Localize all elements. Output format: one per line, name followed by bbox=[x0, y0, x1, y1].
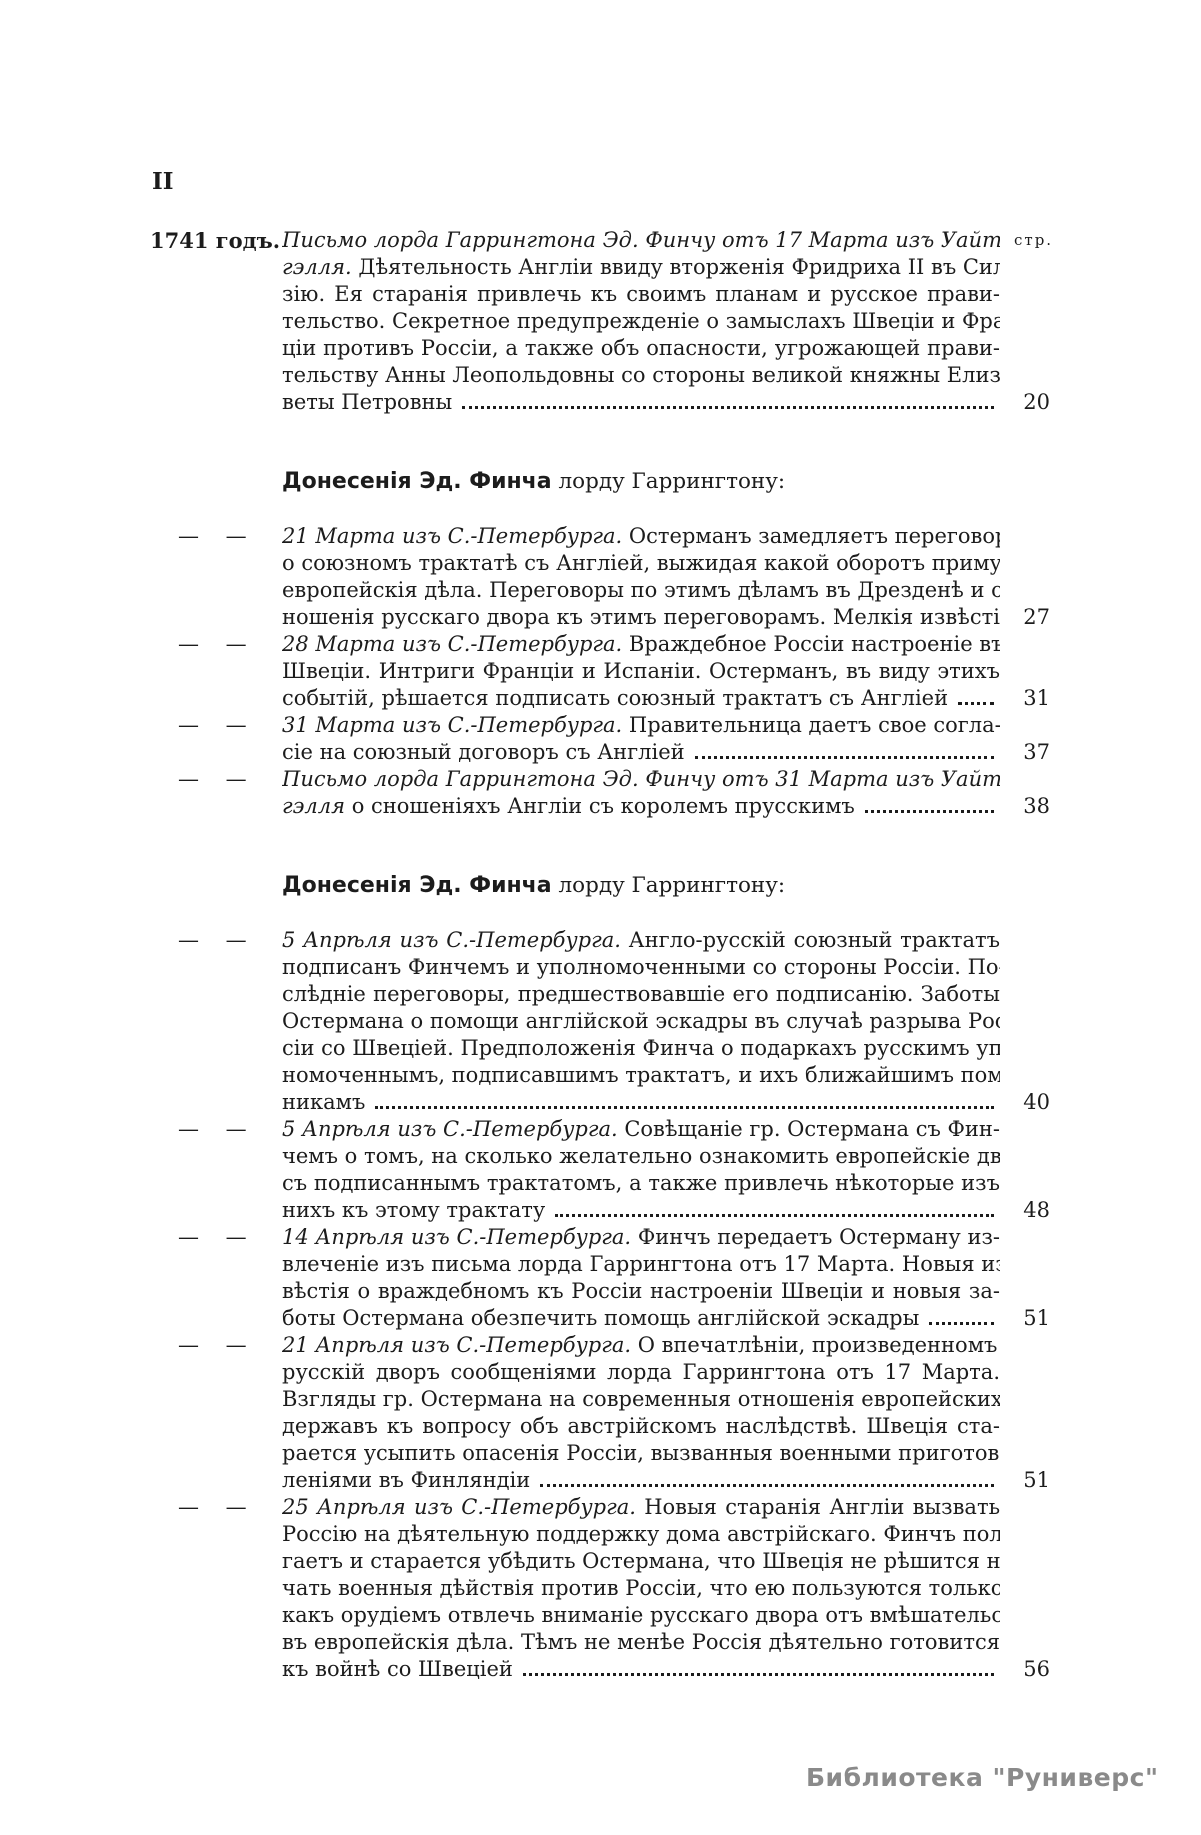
entry-line: о союзномъ трактатѣ съ Англіей, выжидая … bbox=[282, 550, 1000, 577]
entry-description: Дѣятельность Англіи ввиду вторженія Фрид… bbox=[352, 255, 1000, 279]
entry-ditto-marker: — — bbox=[178, 1116, 248, 1143]
library-watermark: Библиотека "Руниверс" bbox=[806, 1763, 1158, 1792]
entry-line: боты Остермана обезпечить помощь англійс… bbox=[282, 1305, 1000, 1332]
entry-text: Письмо лорда Гаррингтона Эд. Финчу отъ 1… bbox=[282, 227, 1000, 416]
entry-date-italic: 5 Апрѣля изъ С.-Петербурга. bbox=[282, 928, 621, 952]
entry-description: боты Остермана обезпечить помощь англійс… bbox=[282, 1305, 919, 1332]
entry-line: никамъ bbox=[282, 1089, 1000, 1116]
entry-description: Остерманъ замедляетъ переговоры bbox=[622, 524, 1000, 548]
entry-text: 31 Марта изъ С.-Петербурга. Правительниц… bbox=[282, 712, 1000, 766]
toc-entry: — —21 Апрѣля изъ С.-Петербурга. О впечат… bbox=[150, 1332, 1050, 1494]
dot-leader bbox=[523, 1673, 994, 1676]
entry-date-italic: 21 Марта изъ С.-Петербурга. bbox=[282, 524, 622, 548]
entry-description: о сношеніяхъ Англіи съ королемъ прусским… bbox=[345, 793, 855, 820]
entry-date-italic: 28 Марта изъ С.-Петербурга. bbox=[282, 632, 622, 656]
entry-date-italic: 5 Апрѣля изъ С.-Петербурга. bbox=[282, 1117, 618, 1141]
toc-entry: — —21 Марта изъ С.-Петербурга. Остерманъ… bbox=[150, 523, 1050, 631]
entry-description: зію. Ея старанія привлечь къ своимъ план… bbox=[282, 282, 1000, 306]
entry-date-italic: гэлля bbox=[282, 793, 345, 820]
entry-line: подписанъ Финчемъ и уполномоченными со с… bbox=[282, 954, 1000, 981]
entry-ditto-marker: — — bbox=[178, 712, 248, 739]
entry-line: сіи со Швеціей. Предположенія Финча о по… bbox=[282, 1035, 1000, 1062]
entry-description: Финчъ передаетъ Остерману из- bbox=[631, 1225, 1000, 1249]
entry-line: веты Петровны bbox=[282, 389, 1000, 416]
entry-description: къ войнѣ со Швеціей bbox=[282, 1656, 513, 1683]
entry-line: гэлля. Дѣятельность Англіи ввиду вторжен… bbox=[282, 254, 1000, 281]
dot-leader bbox=[540, 1484, 994, 1487]
entry-description: русскій дворъ сообщеніями лорда Гаррингт… bbox=[282, 1360, 1000, 1384]
dot-leader bbox=[695, 756, 994, 759]
entry-description: чать военныя дѣйствія против Россіи, что… bbox=[282, 1576, 1000, 1600]
entry-description: подписанъ Финчемъ и уполномоченными со с… bbox=[282, 955, 1000, 979]
entry-line: зію. Ея старанія привлечь къ своимъ план… bbox=[282, 281, 1000, 308]
entry-ditto-marker: — — bbox=[178, 1224, 248, 1251]
entry-description: съ подписаннымъ трактатомъ, а также прив… bbox=[282, 1171, 1000, 1195]
entry-text: 28 Марта изъ С.-Петербурга. Враждебное Р… bbox=[282, 631, 1000, 712]
entry-description: Англо-русскій союзный трактатъ bbox=[621, 928, 1000, 952]
page-number: 40 bbox=[1000, 1089, 1050, 1116]
entry-text: 5 Апрѣля изъ С.-Петербурга. Англо-русскі… bbox=[282, 927, 1000, 1116]
entry-line: гэлля о сношеніяхъ Англіи съ королемъ пр… bbox=[282, 793, 1000, 820]
entry-description: державъ къ вопросу объ австрійскомъ насл… bbox=[282, 1414, 1000, 1438]
entry-description: слѣдніе переговоры, предшествовавшіе его… bbox=[282, 982, 1000, 1006]
entry-line: чемъ о томъ, на сколько желательно ознак… bbox=[282, 1143, 1000, 1170]
entry-date-italic: Письмо лорда Гаррингтона Эд. Финчу отъ 3… bbox=[282, 767, 1000, 791]
entry-description: леніями въ Финляндіи bbox=[282, 1467, 530, 1494]
toc-entry: — —25 Апрѣля изъ С.-Петербурга. Новыя ст… bbox=[150, 1494, 1050, 1683]
entry-line: 25 Апрѣля изъ С.-Петербурга. Новыя стара… bbox=[282, 1494, 1000, 1521]
toc-entry: — —Письмо лорда Гаррингтона Эд. Финчу от… bbox=[150, 766, 1050, 820]
heading-bold-text: Донесенія Эд. Финча bbox=[282, 469, 552, 494]
entry-date-italic: гэлля. bbox=[282, 255, 352, 279]
entry-description: веты Петровны bbox=[282, 389, 452, 416]
entry-line: тельству Анны Леопольдовны со стороны ве… bbox=[282, 362, 1000, 389]
entry-line: леніями въ Финляндіи bbox=[282, 1467, 1000, 1494]
entry-description: влеченіе изъ письма лорда Гаррингтона от… bbox=[282, 1252, 1000, 1276]
entry-year-marker: 1741 годъ. bbox=[150, 227, 280, 254]
entry-line: чать военныя дѣйствія против Россіи, что… bbox=[282, 1575, 1000, 1602]
toc-entry: — —31 Марта изъ С.-Петербурга. Правитель… bbox=[150, 712, 1050, 766]
entry-description: ношенія русскаго двора къ этимъ перегово… bbox=[282, 605, 1000, 629]
entry-line: рается усыпить опасенія Россіи, вызванны… bbox=[282, 1440, 1000, 1467]
entry-line: Остермана о помощи англійской эскадры въ… bbox=[282, 1008, 1000, 1035]
entry-line: европейскія дѣла. Переговоры по этимъ дѣ… bbox=[282, 577, 1000, 604]
entry-description: Швеціи. Интриги Франціи и Испаніи. Остер… bbox=[282, 659, 1000, 683]
entry-description: номоченнымъ, подписавшимъ трактатъ, и их… bbox=[282, 1063, 1000, 1087]
entry-line: Взгляды гр. Остермана на современныя отн… bbox=[282, 1386, 1000, 1413]
entry-line: ціи противъ Россіи, а также объ опасност… bbox=[282, 335, 1000, 362]
entry-line: ношенія русскаго двора къ этимъ перегово… bbox=[282, 604, 1000, 631]
heading-bold-text: Донесенія Эд. Финча bbox=[282, 873, 552, 898]
entry-ditto-marker: — — bbox=[178, 1332, 248, 1359]
entry-line: русскій дворъ сообщеніями лорда Гаррингт… bbox=[282, 1359, 1000, 1386]
entry-description: тельство. Секретное предупрежденіе о зам… bbox=[282, 309, 1000, 333]
entry-description: Правительница даетъ свое согла- bbox=[622, 713, 1000, 737]
entry-description: европейскія дѣла. Переговоры по этимъ дѣ… bbox=[282, 578, 1000, 602]
entry-description: чемъ о томъ, на сколько желательно ознак… bbox=[282, 1144, 1000, 1168]
entry-description: О впечатлѣніи, произведенномъ на bbox=[631, 1333, 1000, 1357]
section-heading: Донесенія Эд. Финча лорду Гаррингтону: bbox=[282, 872, 1000, 900]
entry-date-italic: Письмо лорда Гаррингтона Эд. Финчу отъ 1… bbox=[282, 228, 1000, 252]
toc: 1741 годъ.Письмо лорда Гаррингтона Эд. Ф… bbox=[150, 227, 1050, 1683]
entry-description: гаетъ и старается убѣдить Остермана, что… bbox=[282, 1549, 1000, 1573]
dot-leader bbox=[865, 810, 994, 813]
entry-line: событій, рѣшается подписать союзный трак… bbox=[282, 685, 1000, 712]
entry-description: какъ орудіемъ отвлечь вниманіе русскаго … bbox=[282, 1603, 1000, 1627]
scanned-book-page: II стр. 1741 годъ.Письмо лорда Гаррингто… bbox=[0, 0, 1201, 1835]
page-number: 38 bbox=[1000, 793, 1050, 820]
entry-line: 21 Марта изъ С.-Петербурга. Остерманъ за… bbox=[282, 523, 1000, 550]
entry-line: 5 Апрѣля изъ С.-Петербурга. Англо-русскі… bbox=[282, 927, 1000, 954]
entry-description: Россію на дѣятельную поддержку дома авст… bbox=[282, 1522, 1000, 1546]
entry-description: нихъ къ этому трактату bbox=[282, 1197, 545, 1224]
page-number: 31 bbox=[1000, 685, 1050, 712]
entry-line: 28 Марта изъ С.-Петербурга. Враждебное Р… bbox=[282, 631, 1000, 658]
entry-line: гаетъ и старается убѣдить Остермана, что… bbox=[282, 1548, 1000, 1575]
entry-line: какъ орудіемъ отвлечь вниманіе русскаго … bbox=[282, 1602, 1000, 1629]
entry-text: 14 Апрѣля изъ С.-Петербурга. Финчъ перед… bbox=[282, 1224, 1000, 1332]
entry-description: сіе на союзный договоръ съ Англіей bbox=[282, 739, 685, 766]
entry-line: въ европейскія дѣла. Тѣмъ не менѣе Россі… bbox=[282, 1629, 1000, 1656]
entry-description: о союзномъ трактатѣ съ Англіей, выжидая … bbox=[282, 551, 1000, 575]
entry-date-italic: 25 Апрѣля изъ С.-Петербурга. bbox=[282, 1495, 636, 1519]
entry-text: 21 Апрѣля изъ С.-Петербурга. О впечатлѣн… bbox=[282, 1332, 1000, 1494]
entry-description: ціи противъ Россіи, а также объ опасност… bbox=[282, 336, 1000, 360]
entry-description: сіи со Швеціей. Предположенія Финча о по… bbox=[282, 1036, 1000, 1060]
heading-regular-text: лорду Гаррингтону: bbox=[552, 873, 786, 898]
heading-regular-text: лорду Гаррингтону: bbox=[552, 469, 786, 494]
entry-line: Письмо лорда Гаррингтона Эд. Финчу отъ 3… bbox=[282, 766, 1000, 793]
dot-leader bbox=[375, 1106, 994, 1109]
page-number: 51 bbox=[1000, 1467, 1050, 1494]
dot-leader bbox=[555, 1214, 994, 1217]
entry-line: влеченіе изъ письма лорда Гаррингтона от… bbox=[282, 1251, 1000, 1278]
entry-line: Швеціи. Интриги Франціи и Испаніи. Остер… bbox=[282, 658, 1000, 685]
page-number: 37 bbox=[1000, 739, 1050, 766]
entry-description: вѣстія о враждебномъ къ Россіи настроені… bbox=[282, 1279, 1000, 1303]
entry-ditto-marker: — — bbox=[178, 927, 248, 954]
entry-description: Враждебное Россіи настроеніе въ bbox=[622, 632, 1000, 656]
page-number: 51 bbox=[1000, 1305, 1050, 1332]
entry-date-italic: 31 Марта изъ С.-Петербурга. bbox=[282, 713, 622, 737]
entry-date-italic: 14 Апрѣля изъ С.-Петербурга. bbox=[282, 1225, 631, 1249]
entry-text: 21 Марта изъ С.-Петербурга. Остерманъ за… bbox=[282, 523, 1000, 631]
page-number: 27 bbox=[1000, 604, 1050, 631]
toc-entry: — —5 Апрѣля изъ С.-Петербурга. Совѣщаніе… bbox=[150, 1116, 1050, 1224]
entry-date-italic: 21 Апрѣля изъ С.-Петербурга. bbox=[282, 1333, 631, 1357]
entry-description: Остермана о помощи англійской эскадры въ… bbox=[282, 1009, 1000, 1033]
entry-description: никамъ bbox=[282, 1089, 365, 1116]
entry-description: тельству Анны Леопольдовны со стороны ве… bbox=[282, 363, 1000, 387]
entry-ditto-marker: — — bbox=[178, 523, 248, 550]
entry-line: 31 Марта изъ С.-Петербурга. Правительниц… bbox=[282, 712, 1000, 739]
entry-line: номоченнымъ, подписавшимъ трактатъ, и их… bbox=[282, 1062, 1000, 1089]
entry-description: событій, рѣшается подписать союзный трак… bbox=[282, 685, 948, 712]
entry-description: Новыя старанія Англіи вызвать bbox=[636, 1495, 1000, 1519]
entry-description: въ европейскія дѣла. Тѣмъ не менѣе Россі… bbox=[282, 1630, 1000, 1654]
page-number: 48 bbox=[1000, 1197, 1050, 1224]
entry-line: сіе на союзный договоръ съ Англіей bbox=[282, 739, 1000, 766]
page-number: 20 bbox=[1000, 389, 1050, 416]
entry-line: къ войнѣ со Швеціей bbox=[282, 1656, 1000, 1683]
entry-line: Письмо лорда Гаррингтона Эд. Финчу отъ 1… bbox=[282, 227, 1000, 254]
entry-line: тельство. Секретное предупрежденіе о зам… bbox=[282, 308, 1000, 335]
toc-entry: — —5 Апрѣля изъ С.-Петербурга. Англо-рус… bbox=[150, 927, 1050, 1116]
entry-line: 14 Апрѣля изъ С.-Петербурга. Финчъ перед… bbox=[282, 1224, 1000, 1251]
entry-line: державъ къ вопросу объ австрійскомъ насл… bbox=[282, 1413, 1000, 1440]
entry-text: 5 Апрѣля изъ С.-Петербурга. Совѣщаніе гр… bbox=[282, 1116, 1000, 1224]
entry-line: 5 Апрѣля изъ С.-Петербурга. Совѣщаніе гр… bbox=[282, 1116, 1000, 1143]
section-heading: Донесенія Эд. Финча лорду Гаррингтону: bbox=[282, 468, 1000, 496]
entry-text: Письмо лорда Гаррингтона Эд. Финчу отъ 3… bbox=[282, 766, 1000, 820]
entry-ditto-marker: — — bbox=[178, 631, 248, 658]
folio-number: II bbox=[152, 168, 174, 195]
entry-line: 21 Апрѣля изъ С.-Петербурга. О впечатлѣн… bbox=[282, 1332, 1000, 1359]
entry-description: Взгляды гр. Остермана на современныя отн… bbox=[282, 1387, 1000, 1411]
page-number: 56 bbox=[1000, 1656, 1050, 1683]
entry-line: нихъ къ этому трактату bbox=[282, 1197, 1000, 1224]
toc-entry: — —28 Марта изъ С.-Петербурга. Враждебно… bbox=[150, 631, 1050, 712]
entry-line: слѣдніе переговоры, предшествовавшіе его… bbox=[282, 981, 1000, 1008]
entry-ditto-marker: — — bbox=[178, 1494, 248, 1521]
dot-leader bbox=[958, 702, 994, 705]
dot-leader bbox=[929, 1322, 994, 1325]
entry-description: рается усыпить опасенія Россіи, вызванны… bbox=[282, 1441, 1000, 1465]
entry-line: съ подписаннымъ трактатомъ, а также прив… bbox=[282, 1170, 1000, 1197]
entry-line: Россію на дѣятельную поддержку дома авст… bbox=[282, 1521, 1000, 1548]
entry-text: 25 Апрѣля изъ С.-Петербурга. Новыя стара… bbox=[282, 1494, 1000, 1683]
entry-description: Совѣщаніе гр. Остермана съ Фин- bbox=[618, 1117, 1000, 1141]
toc-entry: — —14 Апрѣля изъ С.-Петербурга. Финчъ пе… bbox=[150, 1224, 1050, 1332]
entry-ditto-marker: — — bbox=[178, 766, 248, 793]
entry-line: вѣстія о враждебномъ къ Россіи настроені… bbox=[282, 1278, 1000, 1305]
dot-leader bbox=[462, 406, 994, 409]
toc-entry: 1741 годъ.Письмо лорда Гаррингтона Эд. Ф… bbox=[150, 227, 1050, 416]
